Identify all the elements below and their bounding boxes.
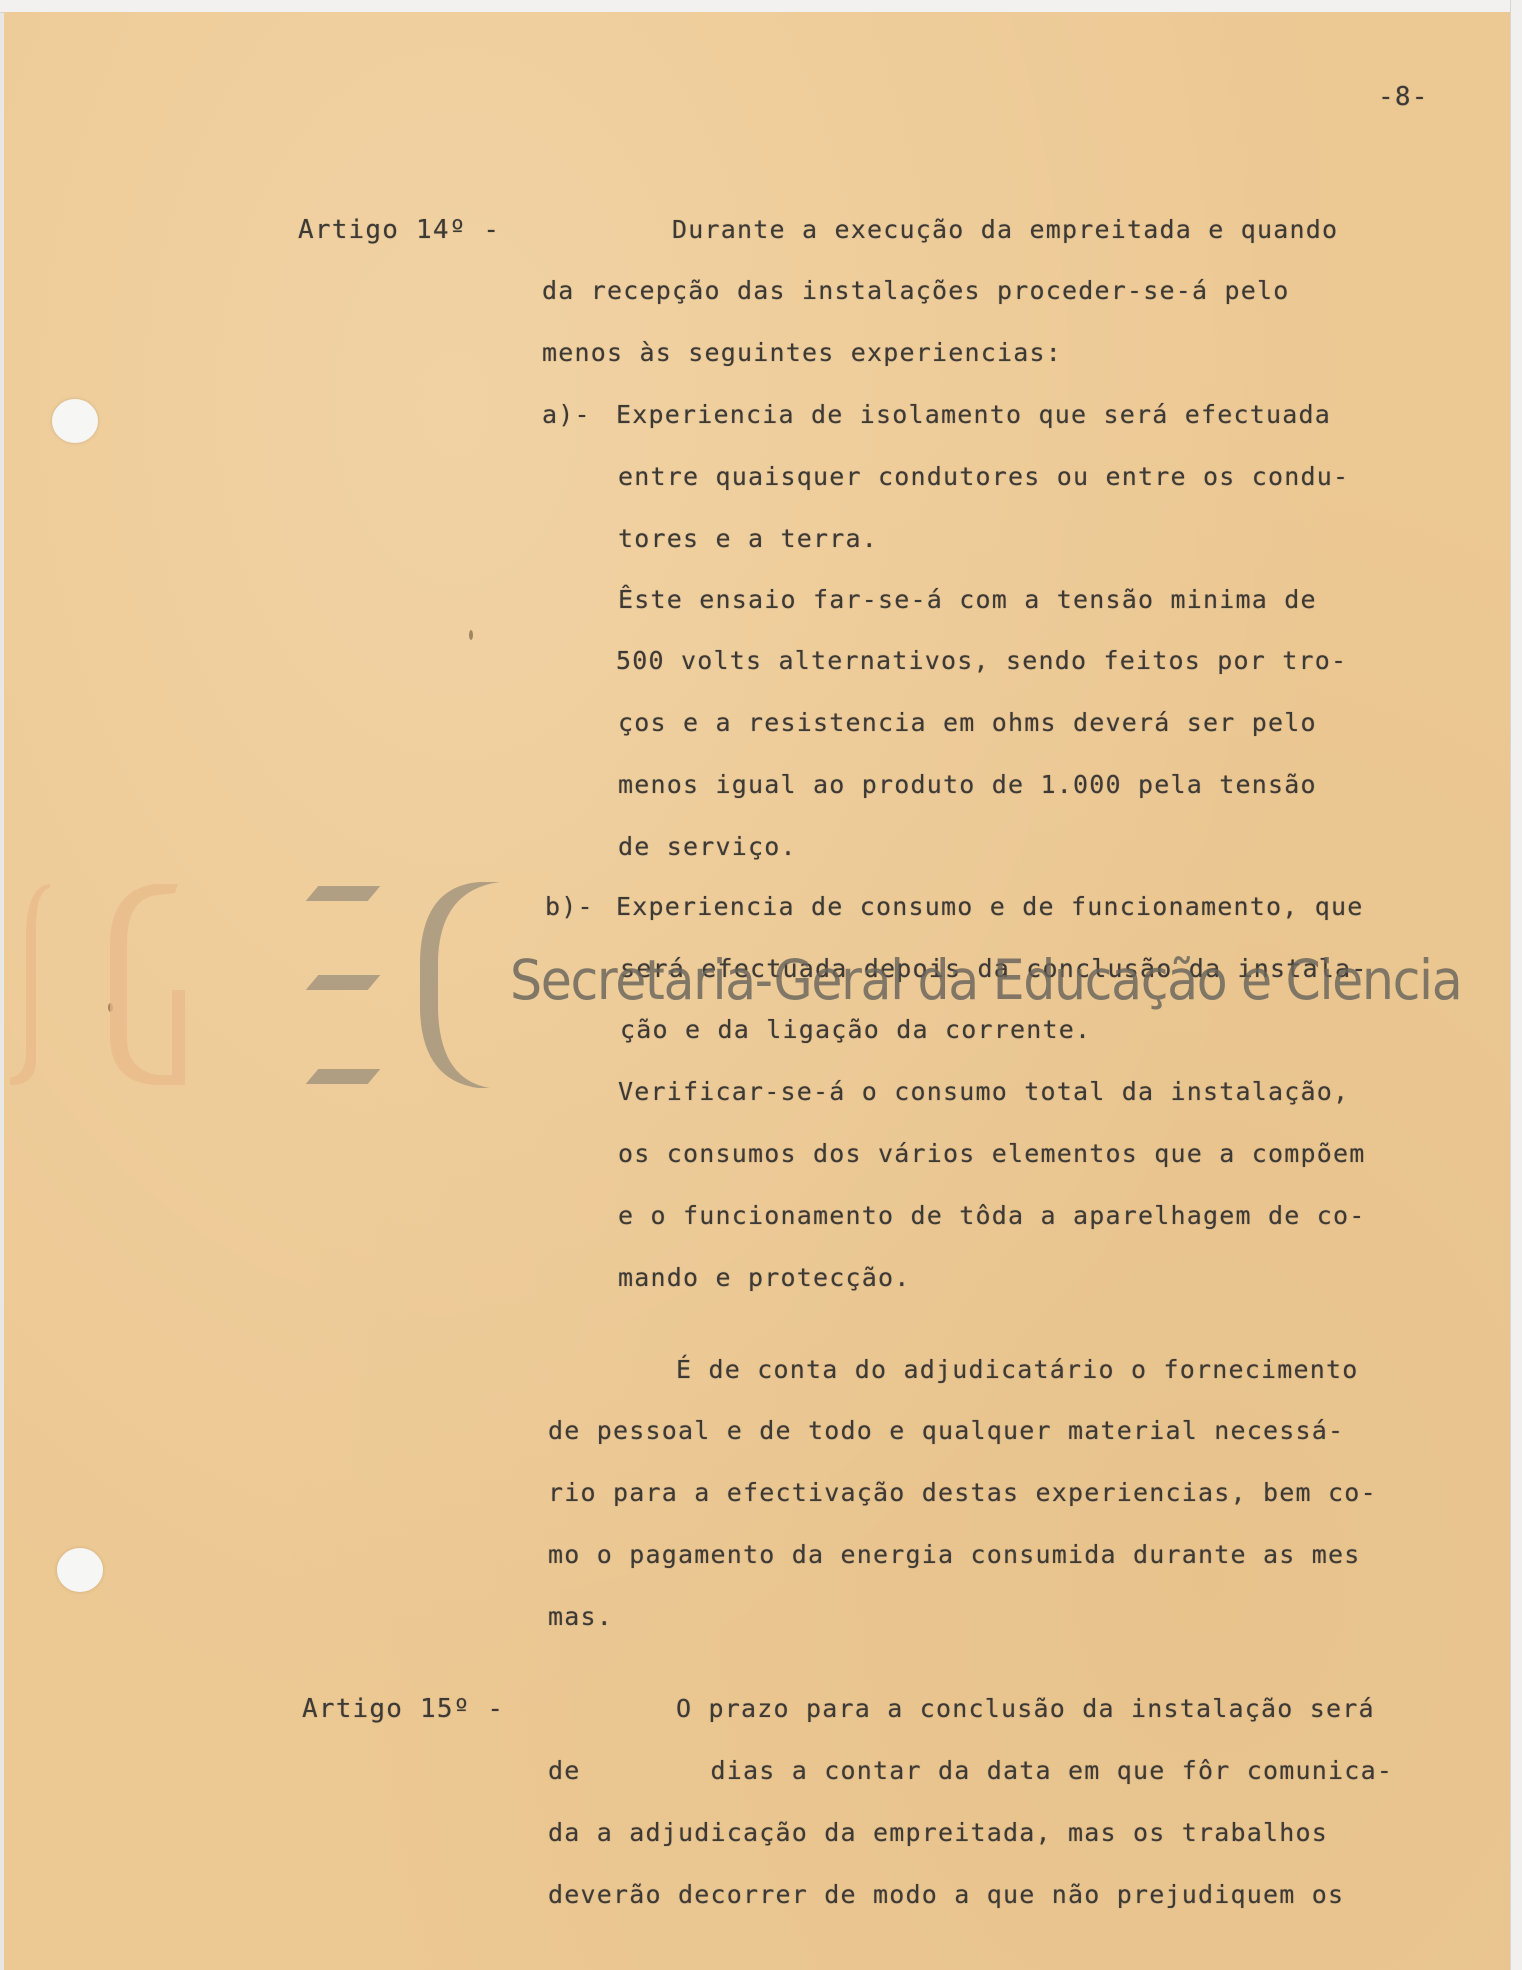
item-a-line: 500 volts alternativos, sendo feitos por… [616,646,1347,675]
item-a-line: Experiencia de isolamento que será efect… [616,400,1331,429]
article-15-line: deverão decorrer de modo a que não preju… [548,1880,1344,1909]
item-b-line: Verificar-se-á o consumo total da instal… [618,1077,1349,1106]
scan-right-border [1510,0,1522,1970]
article-14-line: Durante a execução da empreitada e quand… [672,215,1338,244]
watermark-bar [306,886,381,901]
article-14-line: menos às seguintes experiencias: [542,338,1062,367]
item-a-line: ços e a resistencia em ohms deverá ser p… [618,708,1317,737]
watermark-bar [306,1069,381,1084]
article-15-line: O prazo para a conclusão da instalação s… [676,1694,1375,1723]
watermark-bar [306,975,381,990]
page-number: -8- [1378,82,1429,112]
paragraph-line: de pessoal e de todo e qualquer material… [548,1416,1344,1445]
item-a-line: de serviço. [618,832,797,861]
article-14-line: da recepção das instalações proceder-se-… [542,276,1290,305]
watermark-logo-icon [0,0,520,1970]
paragraph-line: mo o pagamento da energia consumida dura… [548,1540,1361,1569]
article-15-line: de dias a contar da data em que fôr comu… [548,1756,1393,1785]
watermark-text: Secretaria-Geral da Educação e Ciencia [510,948,1461,1012]
item-b-marker: b)- [545,892,594,921]
item-a-line: entre quaisquer condutores ou entre os c… [618,462,1349,491]
article-14-label: Artigo 14º - [298,215,500,245]
paragraph-line: mas. [548,1602,613,1631]
article-15-line: da a adjudicação da empreitada, mas os t… [548,1818,1328,1847]
item-b-line: e o funcionamento de tôda a aparelhagem … [618,1201,1366,1230]
item-b-line: mando e protecção. [618,1263,911,1292]
item-a-line: tores e a terra. [618,524,878,553]
item-b-line: ção e da ligação da corrente. [620,1015,1091,1044]
paragraph-line: É de conta do adjudicatário o fornecimen… [676,1355,1359,1384]
article-15-label: Artigo 15º - [302,1694,504,1724]
item-b-line: os consumos dos vários elementos que a c… [618,1139,1366,1168]
item-a-line: menos igual ao produto de 1.000 pela ten… [618,770,1317,799]
paragraph-line: rio para a efectivação destas experienci… [548,1478,1377,1507]
item-a-line: Êste ensaio far-se-á com a tensão minima… [618,585,1317,614]
item-a-marker: a)- [542,400,591,429]
item-b-line: Experiencia de consumo e de funcionament… [616,892,1364,921]
